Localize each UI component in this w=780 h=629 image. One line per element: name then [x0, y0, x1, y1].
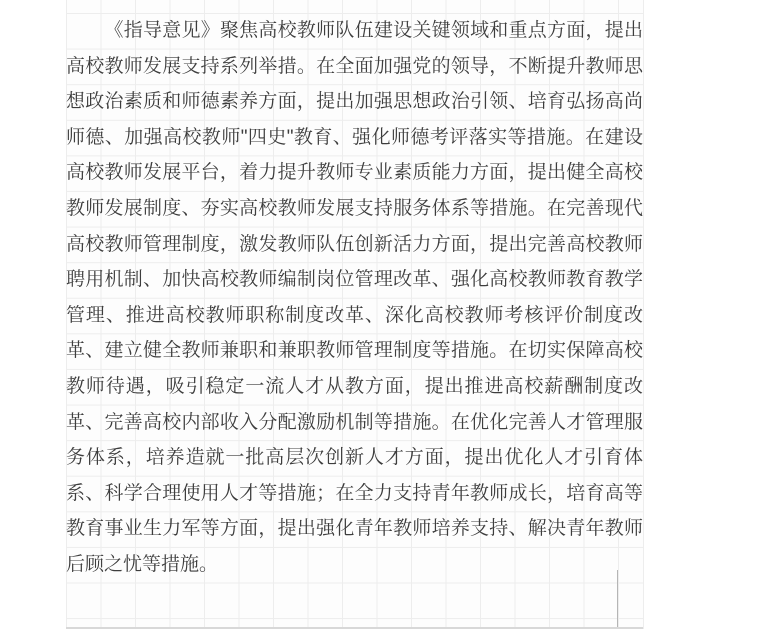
text-line: 革、完善高校内部收入分配激励机制等措施。在优化完善人才管理服 [66, 405, 643, 441]
text-line: 系、科学合理使用人才等措施；在全力支持青年教师成长，培育高等 [66, 476, 643, 512]
paragraph: 《指导意见》聚焦高校教师队伍建设关键领域和重点方面，提出高校教师发展支持系列举措… [66, 13, 643, 583]
text-line: 想政治素质和师德素养方面，提出加强思想政治引领、培育弘扬高尚 [66, 84, 643, 120]
text-line: 《指导意见》聚焦高校教师队伍建设关键领域和重点方面，提出 [66, 13, 643, 49]
text-line: 高校教师发展支持系列举措。在全面加强党的领导，不断提升教师思 [66, 49, 643, 85]
spreadsheet-grid: 《指导意见》聚焦高校教师队伍建设关键领域和重点方面，提出高校教师发展支持系列举措… [66, 0, 644, 629]
text-line: 聘用机制、加快高校教师编制岗位管理改革、强化高校教师教育教学 [66, 262, 643, 298]
text-line: 后顾之忧等措施。 [66, 547, 643, 583]
text-line: 革、建立健全教师兼职和兼职教师管理制度等措施。在切实保障高校 [66, 333, 643, 369]
text-line: 师德、加强高校教师"四史"教育、强化师德考评落实等措施。在建设 [66, 120, 643, 156]
text-line: 管理、推进高校教师职称制度改革、深化高校教师考核评价制度改 [66, 298, 643, 334]
text-line: 教师发展制度、夯实高校教师发展支持服务体系等措施。在完善现代 [66, 191, 643, 227]
text-line: 教育事业生力军等方面，提出强化青年教师培养支持、解决青年教师 [66, 511, 643, 547]
text-line: 高校教师管理制度，激发教师队伍创新活力方面，提出完善高校教师 [66, 227, 643, 263]
text-line: 务体系，培养造就一批高层次创新人才方面，提出优化人才引育体 [66, 440, 643, 476]
text-line: 高校教师发展平台，着力提升教师专业素质能力方面，提出健全高校 [66, 155, 643, 191]
text-line: 教师待遇，吸引稳定一流人才从教方面，提出推进高校薪酬制度改 [66, 369, 643, 405]
page: 《指导意见》聚焦高校教师队伍建设关键领域和重点方面，提出高校教师发展支持系列举措… [0, 0, 780, 629]
